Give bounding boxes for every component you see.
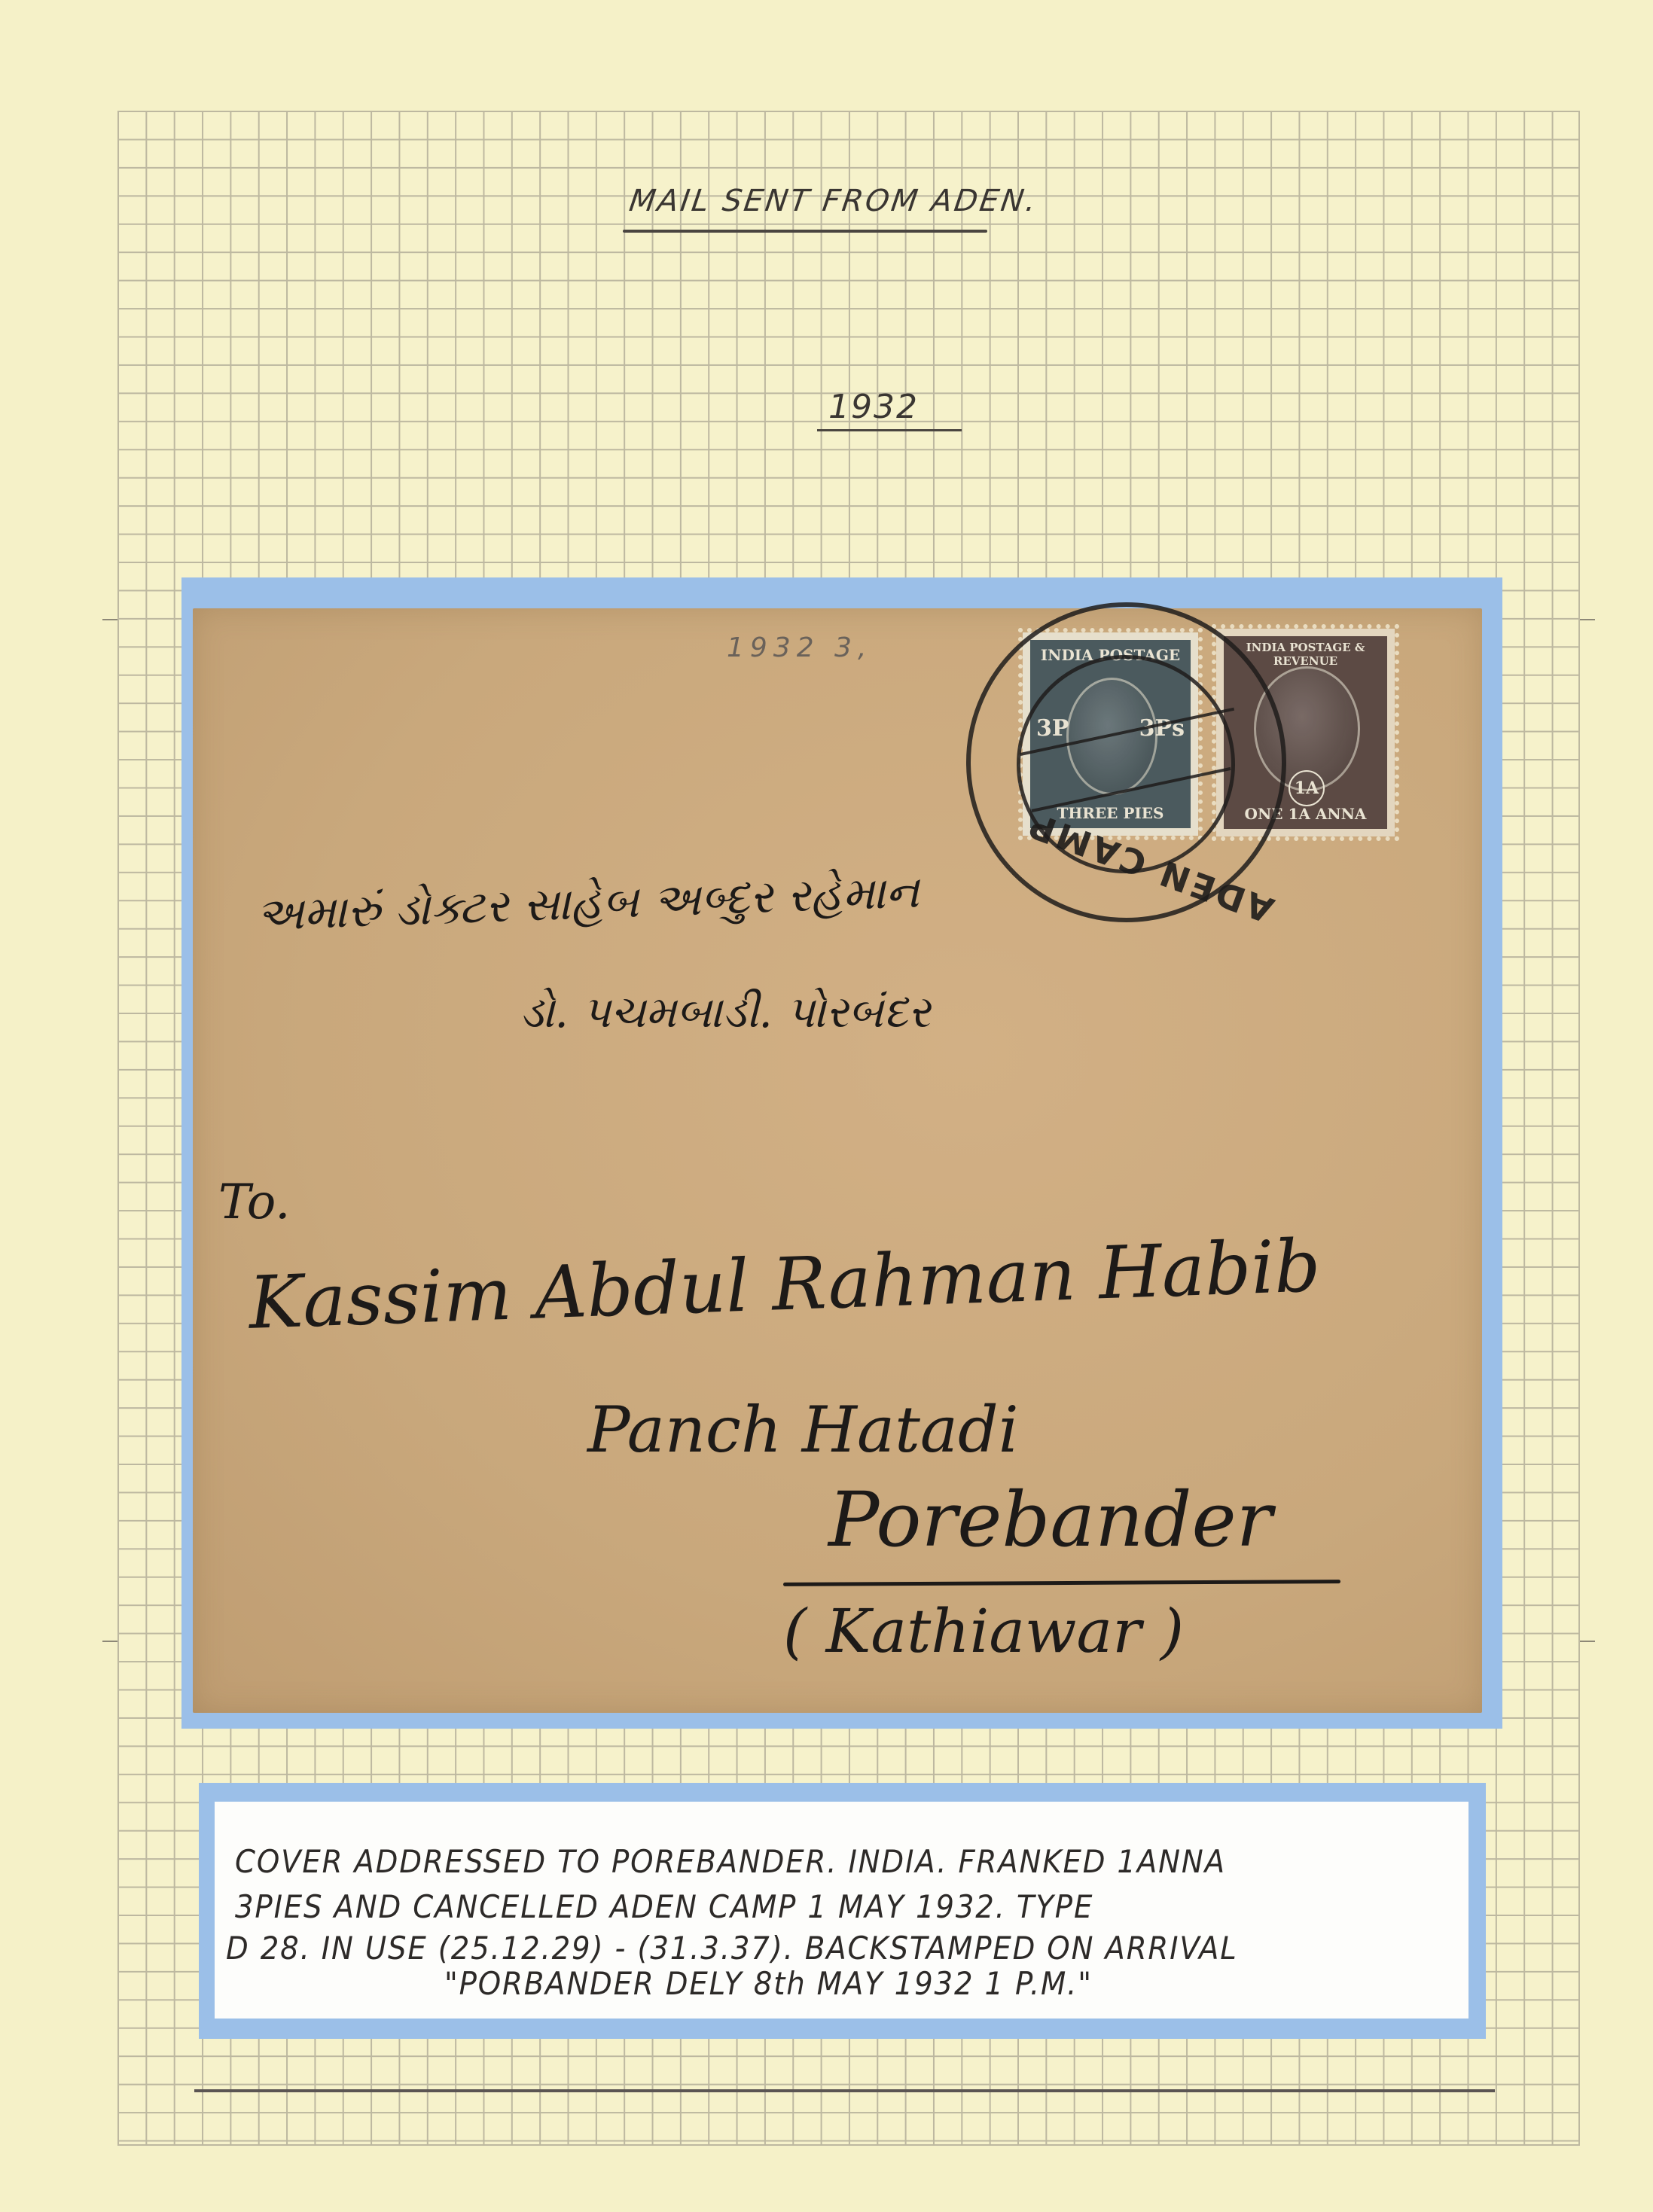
margin-tick: [1580, 619, 1595, 620]
year-underline: [817, 429, 962, 431]
caption-line: D 28. IN USE (25.12.29) - (31.3.37). BAC…: [226, 1930, 1238, 1967]
address-city: Porebander: [828, 1476, 1272, 1564]
caption-line: COVER ADDRESSED TO POREBANDER. INDIA. FR…: [235, 1843, 1226, 1880]
address-street: Panch Hatadi: [587, 1393, 1019, 1467]
address-region: ( Kathiawar ): [783, 1596, 1184, 1666]
margin-tick: [102, 1641, 117, 1642]
title-underline: [623, 230, 987, 233]
sender-line: ડો. પચમબાડી. પોરબંદર: [520, 986, 930, 1038]
page-year: 1932: [828, 388, 919, 426]
margin-tick: [1580, 1641, 1595, 1642]
page-title: MAIL SENT FROM ADEN.: [627, 184, 1040, 218]
address-to: To.: [218, 1175, 290, 1230]
stamp-value: 1A: [1289, 770, 1325, 806]
pencil-note: 1932 3,: [727, 632, 872, 663]
margin-tick: [102, 619, 117, 620]
caption-line: "PORBANDER DELY 8th MAY 1932 1 P.M.": [444, 1965, 1093, 2002]
bottom-rule: [194, 2089, 1495, 2092]
caption-line: 3PIES AND CANCELLED ADEN CAMP 1 MAY 1932…: [235, 1888, 1093, 1925]
